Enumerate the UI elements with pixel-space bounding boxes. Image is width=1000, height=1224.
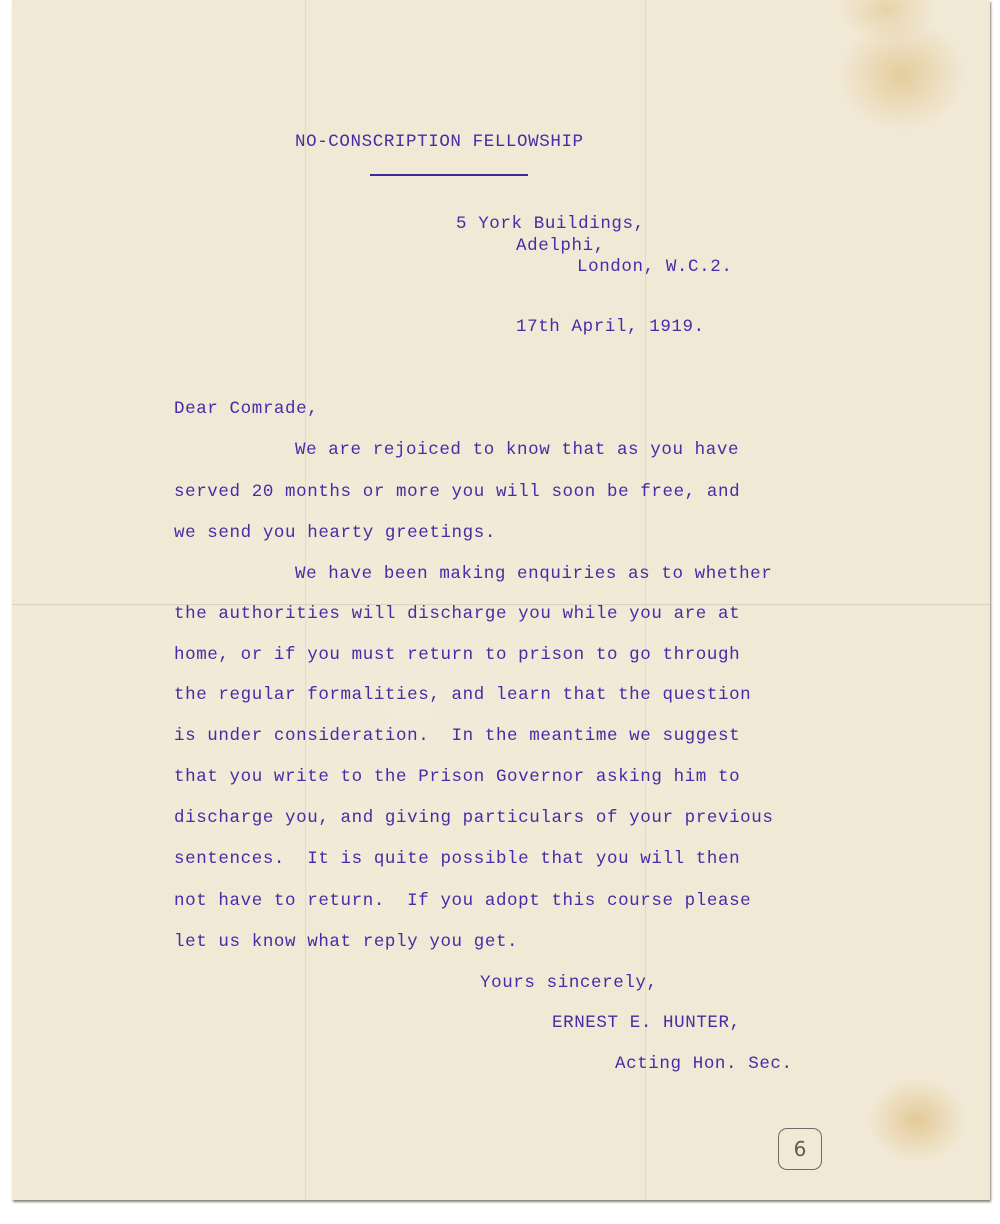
body-line: is under consideration. In the meantime …	[174, 728, 740, 746]
body-line: let us know what reply you get.	[174, 934, 518, 952]
body-line: home, or if you must return to prison to…	[174, 647, 740, 665]
salutation: Dear Comrade,	[174, 401, 318, 419]
body-line: sentences. It is quite possible that you…	[174, 851, 740, 869]
vertical-fold-line-left	[305, 0, 307, 1200]
address-line-3: London, W.C.2.	[577, 259, 732, 277]
closing: Yours sincerely,	[480, 975, 658, 993]
body-line: We have been making enquiries as to whet…	[295, 566, 772, 584]
body-line: not have to return. If you adopt this co…	[174, 893, 751, 911]
address-line-1: 5 York Buildings,	[456, 216, 645, 234]
letterhead-underline	[370, 174, 528, 176]
letter-paper	[12, 0, 990, 1200]
letter-date: 17th April, 1919.	[516, 319, 705, 337]
body-line: served 20 months or more you will soon b…	[174, 484, 740, 502]
letterhead-title: NO-CONSCRIPTION FELLOWSHIP	[295, 134, 584, 152]
body-line: the authorities will discharge you while…	[174, 606, 740, 624]
signatory-title: Acting Hon. Sec.	[615, 1056, 793, 1074]
page-number-annotation: 6	[778, 1128, 822, 1170]
body-line: discharge you, and giving particulars of…	[174, 810, 774, 828]
body-line: the regular formalities, and learn that …	[174, 687, 751, 705]
signatory-name: ERNEST E. HUNTER,	[552, 1015, 741, 1033]
body-line: We are rejoiced to know that as you have	[295, 442, 739, 460]
address-line-2: Adelphi,	[516, 238, 605, 256]
body-line: that you write to the Prison Governor as…	[174, 769, 740, 787]
body-line: we send you hearty greetings.	[174, 525, 496, 543]
